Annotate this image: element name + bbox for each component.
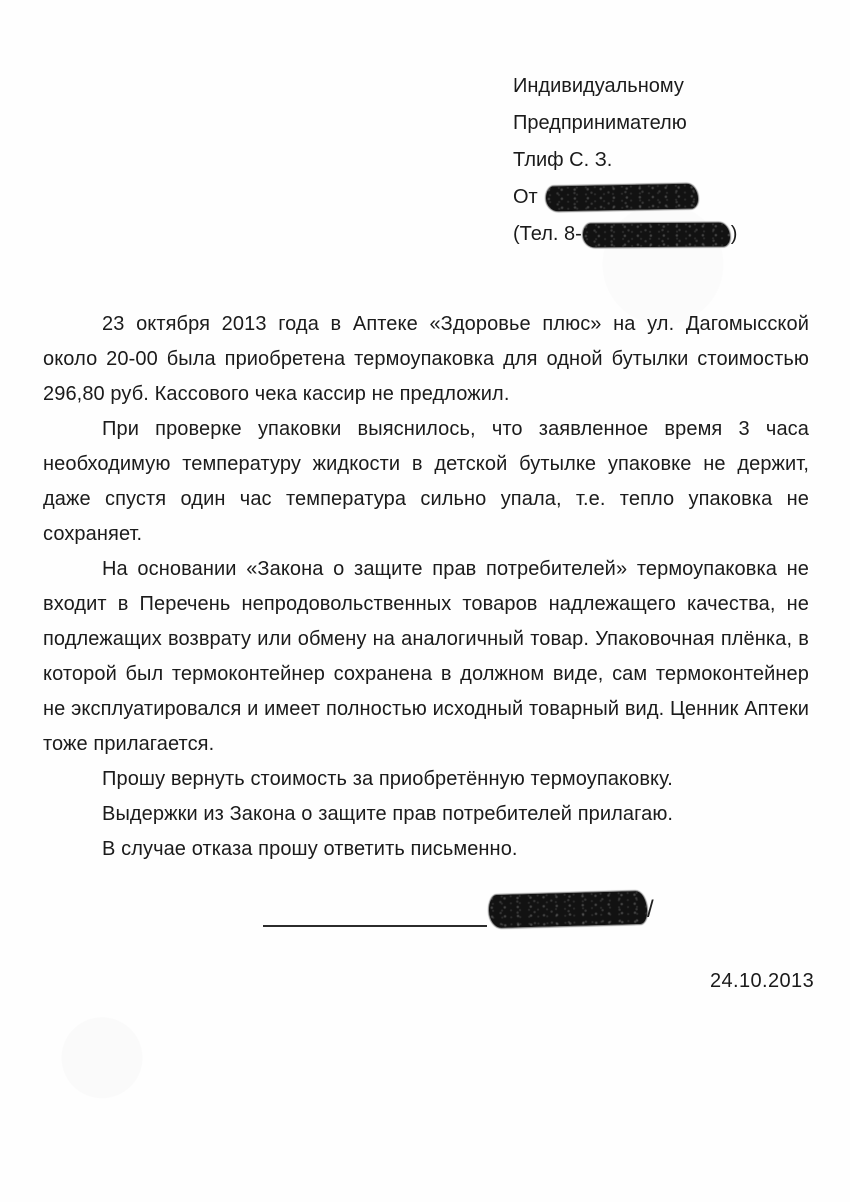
recipient-line-2: Предпринимателю: [513, 105, 737, 142]
scanned-letter-page: Индивидуальному Предпринимателю Тлиф С. …: [0, 0, 850, 1202]
redaction-mark-signature: [489, 891, 648, 928]
sender-line: От: [513, 179, 737, 216]
signature-slash: /: [647, 893, 654, 926]
body-paragraph-attachments: Выдержки из Закона о защите прав потреби…: [43, 797, 809, 832]
recipient-block: Индивидуальному Предпринимателю Тлиф С. …: [513, 68, 737, 253]
body-paragraph-written-reply: В случае отказа прошу ответить письменно…: [43, 832, 809, 867]
redaction-mark-sender-name: [545, 184, 697, 212]
letter-date: 24.10.2013: [710, 970, 814, 993]
letter-body: 23 октября 2013 года в Аптеке «Здоровье …: [43, 307, 809, 867]
recipient-line-1: Индивидуальному: [513, 68, 737, 105]
body-paragraph-defect: При проверке упаковки выяснилось, что за…: [43, 412, 809, 552]
from-label: От: [513, 179, 538, 216]
body-paragraph-law: На основании «Закона о защите прав потре…: [43, 552, 809, 762]
phone-label: (Тел. 8-: [513, 216, 582, 253]
phone-line: (Тел. 8- ): [513, 216, 737, 253]
body-paragraph-refund-request: Прошу вернуть стоимость за приобретённую…: [43, 762, 809, 797]
body-paragraph-purchase: 23 октября 2013 года в Аптеке «Здоровье …: [43, 307, 809, 412]
signature-line: [263, 925, 487, 927]
phone-close-paren: ): [731, 216, 738, 253]
recipient-name: Тлиф С. З.: [513, 142, 737, 179]
redaction-mark-phone-number: [583, 222, 730, 247]
